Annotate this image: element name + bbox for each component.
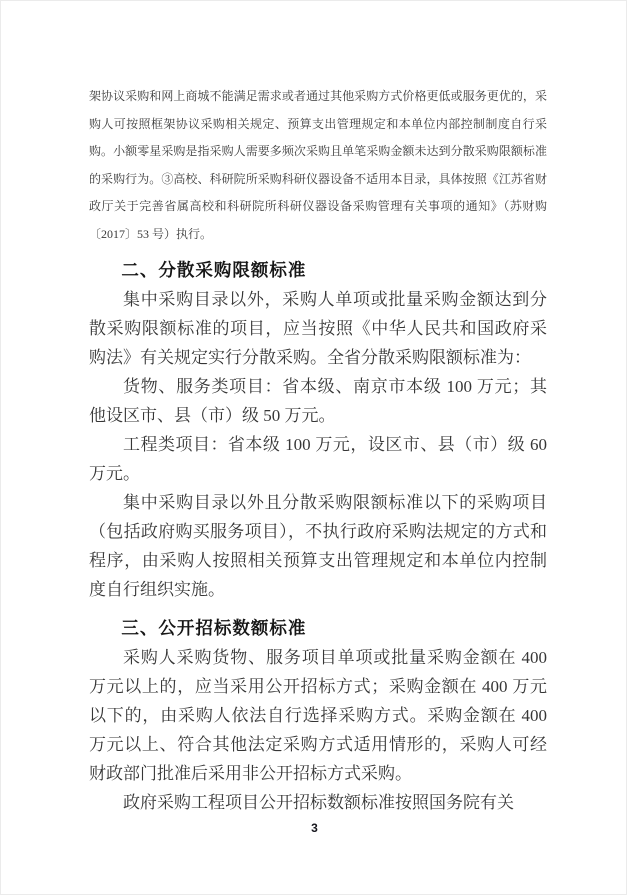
page-number: 3 xyxy=(1,821,627,835)
document-page: 架协议采购和网上商城不能满足需求或者通过其他采购方式价格更低或服务更优的，采购人… xyxy=(1,1,627,895)
body-paragraph-7: 政府采购工程项目公开招标数额标准按照国务院有关 xyxy=(89,788,547,817)
body-paragraph-continuation: 架协议采购和网上商城不能满足需求或者通过其他采购方式价格更低或服务更优的，采购人… xyxy=(89,83,547,248)
body-paragraph-3: 货物、服务类项目：省本级、南京市本级 100 万元；其他设区市、县（市）级 50… xyxy=(89,372,547,430)
body-paragraph-6: 采购人采购货物、服务项目单项或批量采购金额在 400 万元以上的，应当采用公开招… xyxy=(89,643,547,788)
body-paragraph-2: 集中采购目录以外，采购人单项或批量采购金额达到分散采购限额标准的项目，应当按照《… xyxy=(89,285,547,372)
section-heading-2: 二、分散采购限额标准 xyxy=(89,256,547,285)
body-paragraph-5: 集中采购目录以外且分散采购限额标准以下的采购项目（包括政府购买服务项目），不执行… xyxy=(89,488,547,604)
section-heading-3: 三、公开招标数额标准 xyxy=(89,614,547,643)
body-paragraph-4: 工程类项目：省本级 100 万元，设区市、县（市）级 60 万元。 xyxy=(89,430,547,488)
document-body: 架协议采购和网上商城不能满足需求或者通过其他采购方式价格更低或服务更优的，采购人… xyxy=(89,83,547,817)
